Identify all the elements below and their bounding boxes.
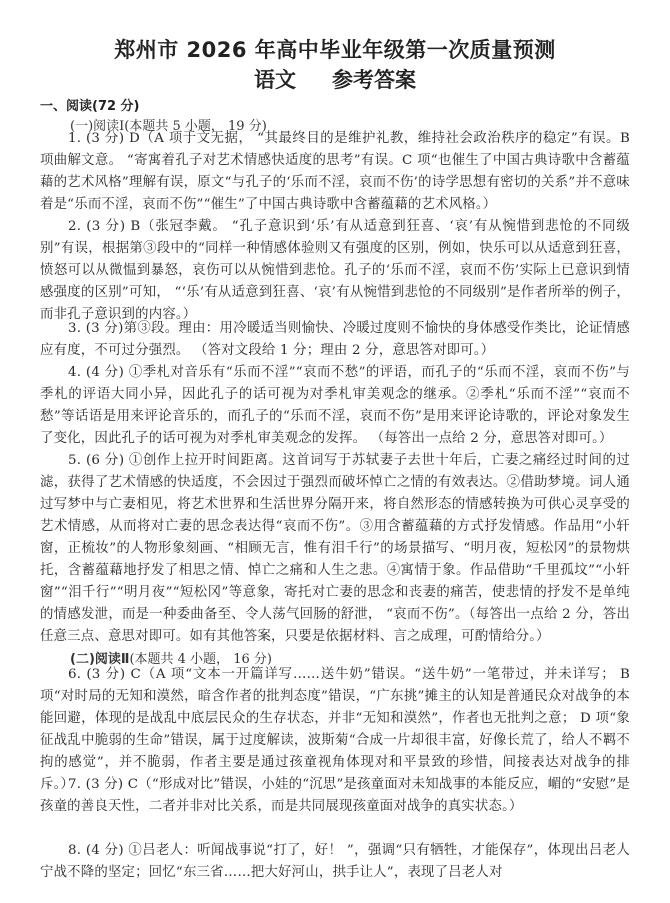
answer-7: 7. (3 分) C（“形成对比”错误，小娃的“沉思”是孩童面对未知战事的本能反… [40, 774, 630, 818]
document-subtitle: 语文参考答案 [0, 64, 670, 94]
answer-5: 5. (6 分) ①创作上拉开时间距离。这首词写于苏轼妻子去世十年后，亡妻之痛经… [40, 450, 630, 648]
subject-label: 语文 [254, 64, 296, 94]
answer-key-page: 郑州市 2026 年高中毕业年级第一次质量预测 语文参考答案 一、阅读(72 分… [0, 0, 670, 903]
answer-4: 4. (4 分) ①季札对音乐有“乐而不淫”“哀而不愁”的评语，而孔子的“乐而不… [40, 362, 630, 450]
answer-3: 3. (3 分)第③段。理由：用冷暖适当则愉快、冷暖过度则不愉快的身体感受作类比… [40, 318, 630, 362]
doc-type-label: 参考答案 [332, 64, 416, 94]
section-heading-reading: 一、阅读(72 分) [40, 95, 140, 114]
answer-8: 8. (4 分) ①吕老人：听闻战事说“打了，好！ ”，强调“只有牺牲，才能保存… [40, 840, 630, 884]
document-title: 郑州市 2026 年高中毕业年级第一次质量预测 [0, 34, 670, 64]
answer-2: 2. (3 分) B（张冠李戴。 “孔子意识到‘乐’有从适意到狂喜、‘哀’有从惋… [40, 216, 630, 326]
answer-1: 1. (3 分) D（A 项于文无据， “其最终目的是维护礼教，维持社会政治秩序… [40, 128, 630, 216]
